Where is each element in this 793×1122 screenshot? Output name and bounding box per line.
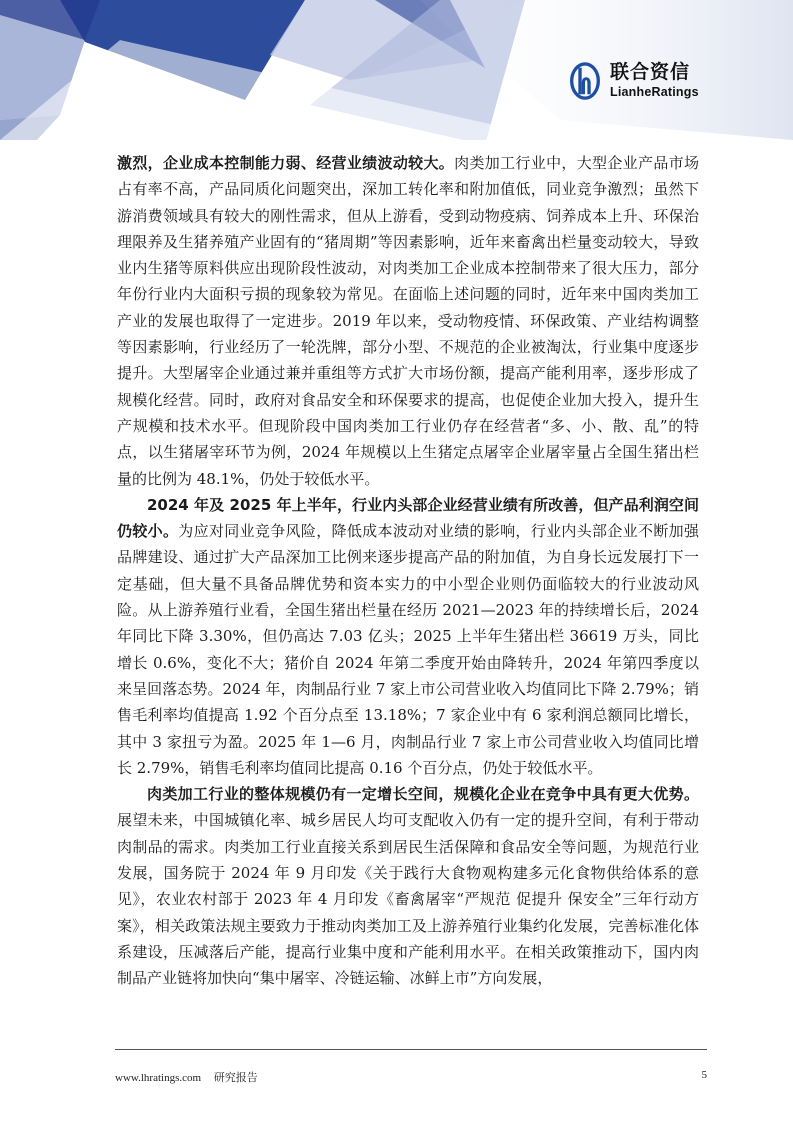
paragraph-cost-control: 激烈，企业成本控制能力弱、经营业绩波动较大。肉类加工行业中，大型企业产品市场占有… [117,150,699,492]
paragraph-lead-heading: 激烈，企业成本控制能力弱、经营业绩波动较大。 [117,154,454,172]
paragraph-performance-2024-2025: 2024 年及 2025 年上半年，行业内头部企业经营业绩有所改善，但产品利润空… [117,492,699,781]
logo-name-en: LianheRatings [610,86,699,99]
paragraph-text: 肉类加工行业中，大型企业产品市场占有率不高，产品同质化问题突出，深加工转化率和附… [117,154,699,488]
company-logo: 联合资信 LianheRatings [566,62,699,100]
page-footer: www.lhratings.com 研究报告 5 [115,1069,707,1085]
paragraph-text: 展望未来，中国城镇化率、城乡居民人均可支配收入仍有一定的提升空间，有利于带动肉制… [117,811,699,987]
paragraph-growth-outlook: 肉类加工行业的整体规模仍有一定增长空间，规模化企业在竞争中具有更大优势。展望未来… [117,781,699,991]
paragraph-lead-heading: 肉类加工行业的整体规模仍有一定增长空间，规模化企业在竞争中具有更大优势。 [147,785,699,803]
report-body: 激烈，企业成本控制能力弱、经营业绩波动较大。肉类加工行业中，大型企业产品市场占有… [117,150,699,992]
lianhe-ratings-logo-icon [566,62,604,100]
paragraph-text: 为应对同业竞争风险，降低成本波动对业绩的影响，行业内头部企业不断加强品牌建设、通… [117,522,699,777]
footer-doc-type: 研究报告 [214,1072,258,1084]
logo-name-cn: 联合资信 [610,63,699,82]
page-number: 5 [702,1069,708,1085]
footer-website-link[interactable]: www.lhratings.com [115,1072,201,1084]
footer-divider [115,1049,707,1050]
